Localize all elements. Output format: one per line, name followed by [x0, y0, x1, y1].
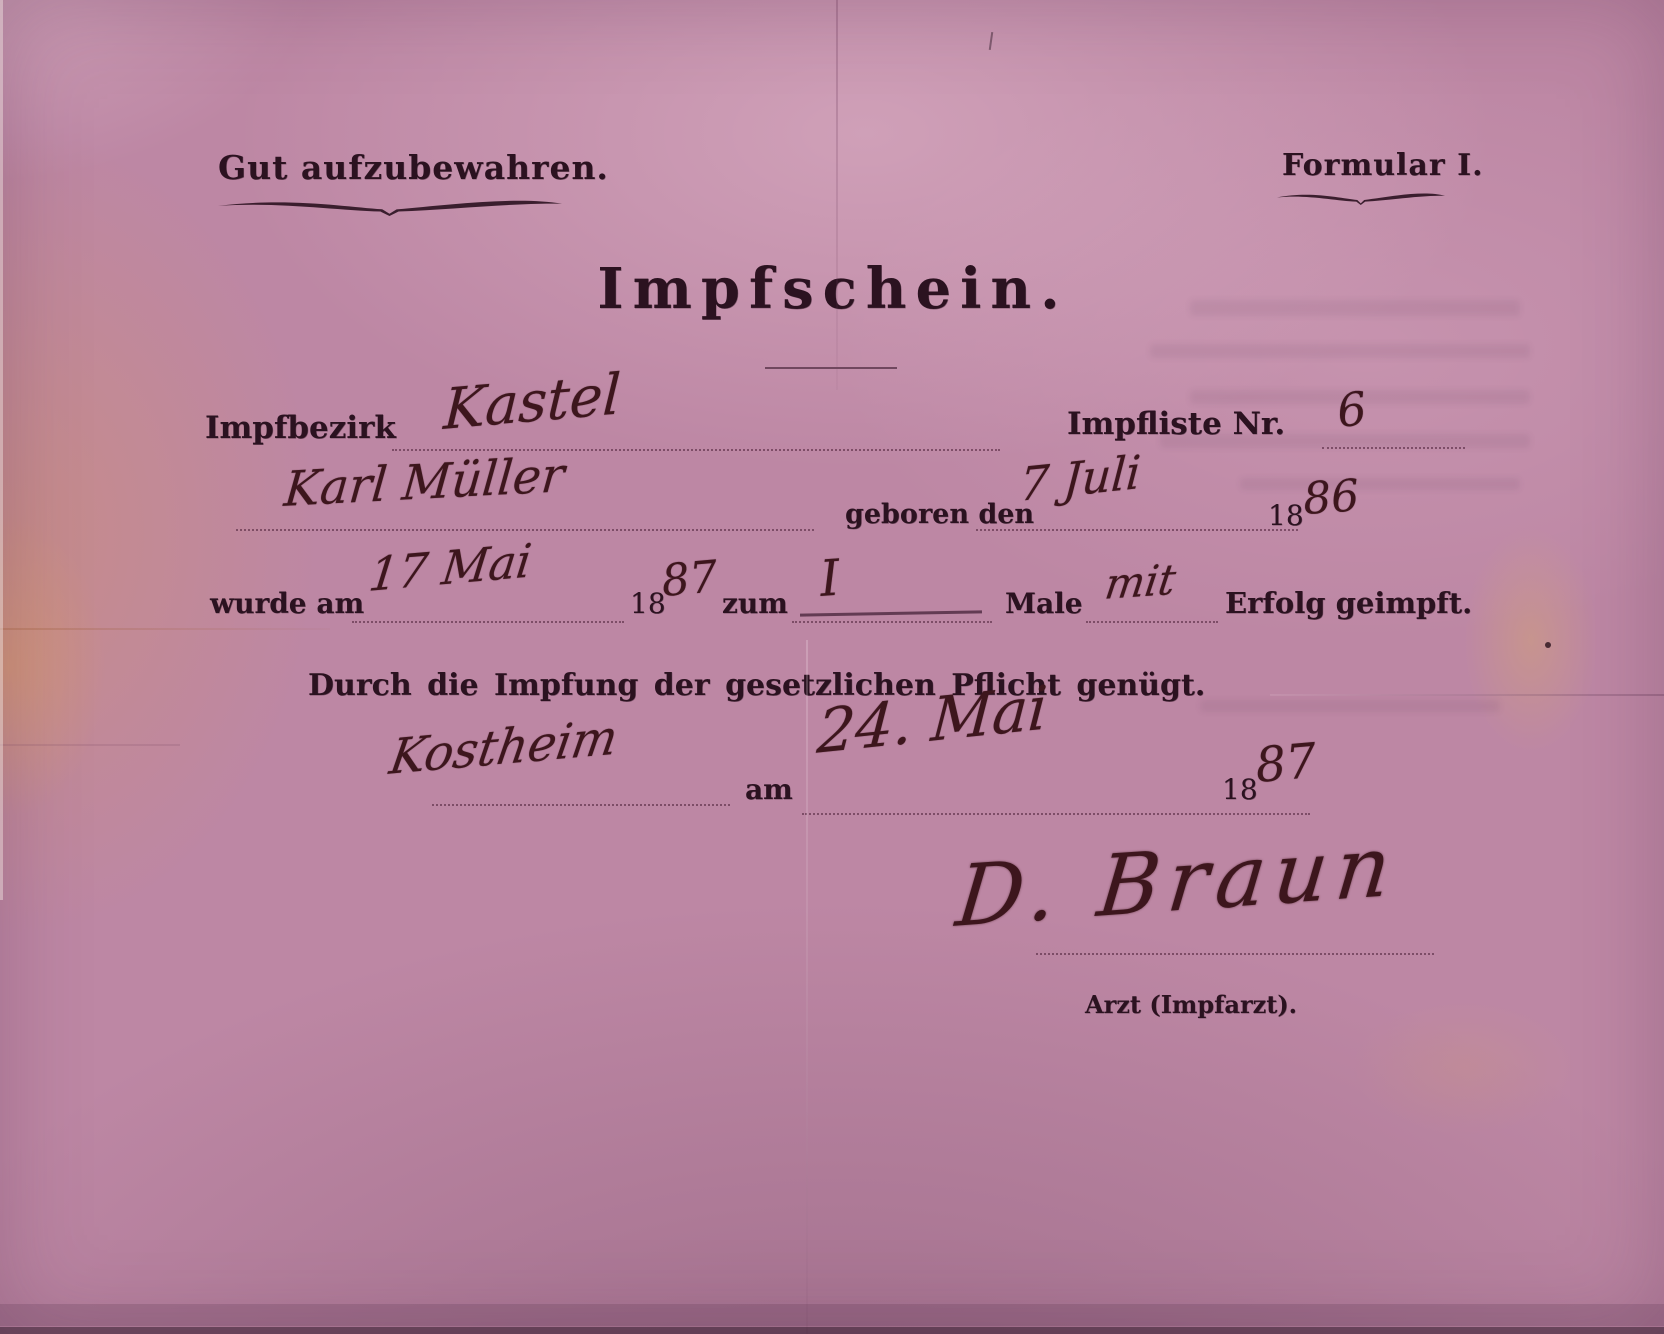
fold-crease-vertical-bottom	[806, 640, 808, 1334]
place-handwriting: Kostheim	[386, 709, 622, 786]
vacc-count-underline	[800, 610, 982, 616]
pflicht-sentence: Durch die Impfung der gesetzlichen Pflic…	[308, 668, 1205, 703]
birth-year-prefix: 18	[1268, 499, 1304, 532]
impfliste-label: Impfliste Nr.	[1067, 406, 1285, 442]
birth-date-line	[976, 529, 1298, 531]
flourish-underline-icon	[1276, 190, 1446, 205]
paper-edge-bottom	[0, 1327, 1664, 1334]
birth-year-handwriting: 86	[1301, 470, 1360, 525]
vaccination-certificate-scan: Gut aufzubewahren. Formular I. Impfschei…	[0, 0, 1664, 1334]
fold-crease-vertical-top	[836, 0, 838, 390]
mit-handwriting: mit	[1102, 555, 1179, 609]
impfbezirk-handwriting: Kastel	[442, 362, 622, 443]
name-handwriting: Karl Müller	[282, 447, 567, 518]
ink-dot	[1545, 642, 1551, 648]
fold-crease-horizontal-right	[1270, 694, 1664, 696]
mit-dotline	[1086, 621, 1218, 623]
flourish-underline-icon	[216, 196, 564, 216]
paper-edge-left	[0, 0, 3, 900]
fold-crease-horizontal-bottomleft	[0, 744, 180, 746]
name-line	[236, 529, 814, 531]
vacc-date-line	[352, 621, 624, 623]
ink-speck	[989, 32, 993, 50]
fold-crease-horizontal-left	[0, 628, 330, 630]
impfliste-number-handwriting: 6	[1334, 381, 1369, 438]
zum-label: zum	[722, 587, 788, 620]
vacc-date-handwriting: 17 Mai	[366, 533, 535, 602]
vacc-count-dotline	[792, 621, 992, 623]
paper-edge-bottom-shade	[0, 1304, 1664, 1326]
showthrough-text-area	[1200, 700, 1500, 712]
keep-note: Gut aufzubewahren.	[218, 148, 609, 187]
sign-date-line	[802, 813, 1310, 815]
title-divider	[765, 367, 897, 369]
form-number: Formular I.	[1282, 148, 1484, 183]
impfbezirk-label: Impfbezirk	[205, 410, 396, 446]
vacc-year-prefix: 18	[630, 587, 666, 620]
erfolg-label: Erfolg geimpft.	[1225, 586, 1472, 620]
male-label: Male	[1005, 587, 1083, 620]
geboren-label: geboren den	[845, 499, 1034, 530]
signature-line	[1036, 953, 1434, 955]
vacc-count-handwriting: I	[818, 549, 842, 608]
vacc-year-handwriting: 87	[660, 551, 720, 607]
place-line	[432, 804, 730, 806]
doctor-signature: D. Braun	[952, 816, 1403, 946]
page-title: Impfschein.	[597, 256, 1068, 322]
birth-date-handwriting: 7 Juli	[1018, 445, 1143, 512]
impfliste-line	[1322, 447, 1465, 449]
sign-year-prefix: 18	[1222, 773, 1258, 806]
showthrough-text-area	[1240, 478, 1520, 490]
wurde-am-label: wurde am	[210, 587, 364, 620]
sign-year-handwriting: 87	[1253, 733, 1319, 794]
showthrough-text-area	[1190, 300, 1520, 316]
am-label: am	[745, 773, 793, 806]
arzt-label: Arzt (Impfarzt).	[1085, 990, 1297, 1019]
showthrough-text-area	[1150, 344, 1530, 358]
